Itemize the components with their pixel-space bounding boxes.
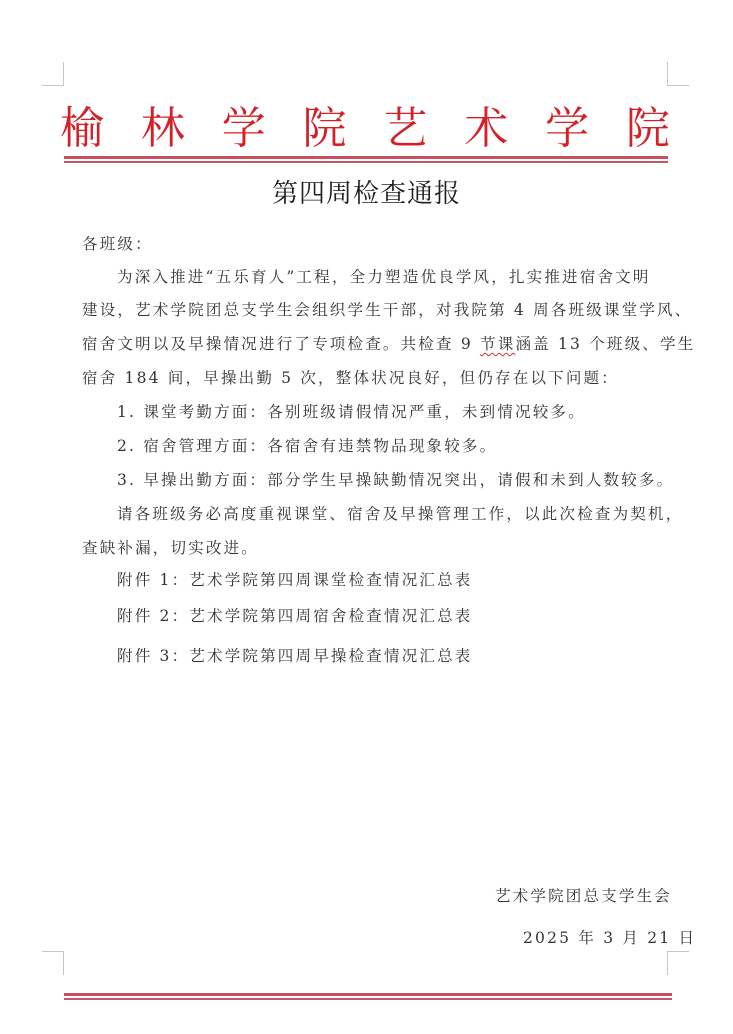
letterhead-char: 艺 — [383, 105, 427, 153]
attachment-3: 附件 3：艺术学院第四周早操检查情况汇总表 — [117, 646, 473, 666]
spellcheck-flagged-text[interactable]: 节课 — [480, 335, 515, 353]
letterhead-char: 林 — [141, 105, 185, 153]
margin-corner-mark-top-left — [42, 62, 64, 86]
issue-item-2: 2. 宿舍管理方面：各宿舍有违禁物品现象较多。 — [117, 436, 497, 456]
footer-rule-thick — [64, 993, 672, 996]
letterhead-char: 学 — [222, 105, 266, 153]
letterhead-char: 院 — [303, 105, 347, 153]
closing-line-1: 请各班级务必高度重视课堂、宿舍及早操管理工作，以此次检查为契机， — [117, 504, 683, 524]
attachment-1: 附件 1：艺术学院第四周课堂检查情况汇总表 — [117, 570, 473, 590]
signature: 艺术学院团总支学生会 — [495, 886, 672, 906]
letterhead-char: 榆 — [60, 105, 104, 153]
attachment-2: 附件 2：艺术学院第四周宿舍检查情况汇总表 — [117, 606, 473, 626]
intro-line-3-before: 宿舍文明以及早操情况进行了专项检查。共检查 9 — [82, 335, 480, 353]
letterhead-char: 学 — [545, 105, 589, 153]
footer-rule-thin — [64, 998, 672, 1000]
margin-corner-mark-bottom-right — [667, 951, 689, 975]
intro-line-1: 为深入推进“五乐育人”工程，全力塑造优良学风，扎实推进宿舍文明 — [117, 267, 651, 287]
margin-corner-mark-top-right — [667, 62, 689, 86]
intro-line-4: 宿舍 184 间，早操出勤 5 次，整体状况良好，但仍存在以下问题： — [82, 368, 619, 388]
issue-item-3: 3. 早操出勤方面：部分学生早操缺勤情况突出，请假和未到人数较多。 — [117, 470, 674, 490]
intro-line-2: 建设，艺术学院团总支学生会组织学生干部，对我院第 4 周各班级课堂学风、 — [82, 300, 692, 320]
salutation: 各班级： — [82, 234, 153, 254]
letterhead-title: 榆 林 学 院 艺 术 学 院 — [60, 104, 670, 154]
document-title: 第四周检查通报 — [0, 177, 733, 211]
intro-line-3-after: 涵盖 13 个班级、学生 — [515, 335, 695, 353]
date: 2025 年 3 月 21 日 — [523, 928, 696, 948]
issue-item-1: 1. 课堂考勤方面：各别班级请假情况严重，未到情况较多。 — [117, 402, 586, 422]
letterhead-rule-thick — [64, 156, 668, 159]
intro-line-3: 宿舍文明以及早操情况进行了专项检查。共检查 9 节课涵盖 13 个班级、学生 — [82, 334, 695, 354]
letterhead-char: 院 — [626, 105, 670, 153]
margin-corner-mark-bottom-left — [42, 951, 64, 975]
letterhead-char: 术 — [464, 105, 508, 153]
letterhead-rule-thin — [64, 161, 668, 163]
closing-line-2: 查缺补漏，切实改进。 — [82, 538, 259, 558]
